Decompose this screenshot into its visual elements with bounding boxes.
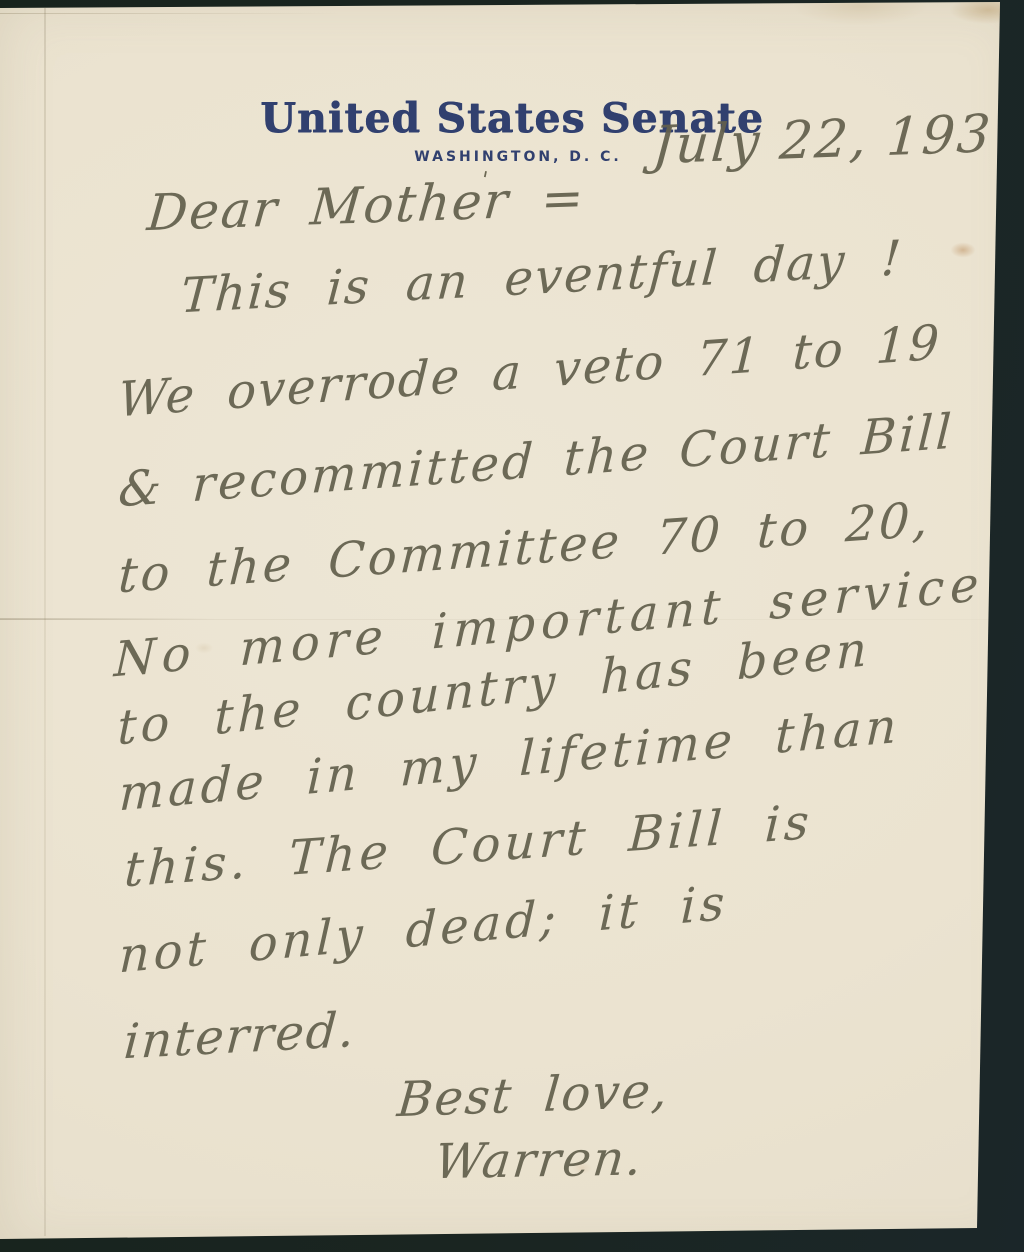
paper-top-edge-line — [0, 13, 340, 14]
signature: Warren. — [432, 1130, 646, 1190]
letterhead-subtitle: WASHINGTON, D. C. — [368, 149, 668, 165]
body-line: interred. — [122, 1002, 358, 1070]
vertical-fold-line — [44, 8, 46, 1236]
letter-paper: United States Senate WASHINGTON, D. C. '… — [0, 0, 1024, 1252]
scan-background: United States Senate WASHINGTON, D. C. '… — [0, 0, 1024, 1252]
handwritten-date: July 22, 1937, — [651, 102, 1024, 176]
body-line: This is an eventful day ! — [179, 230, 905, 324]
body-line: We overrode a veto 71 to 19 — [117, 314, 942, 428]
closing: Best love, — [395, 1063, 672, 1129]
salutation: Dear Mother = — [145, 169, 588, 243]
